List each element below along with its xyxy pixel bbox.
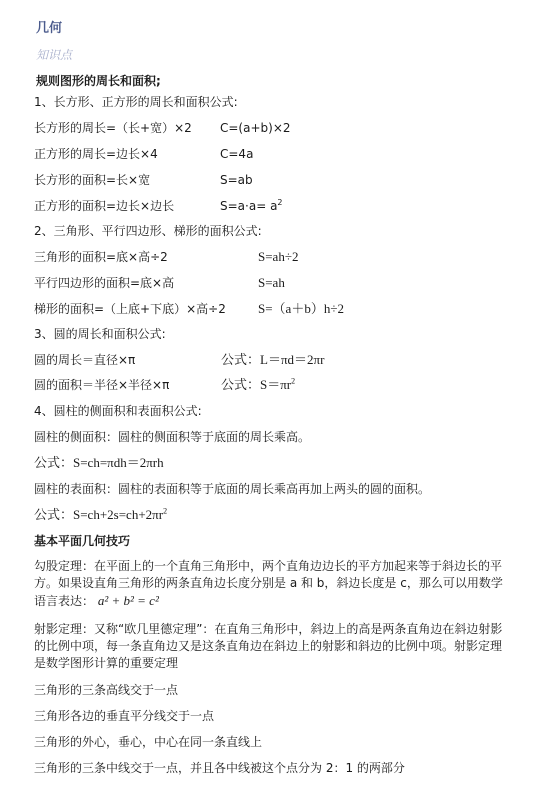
projection-paragraph: 射影定理：又称“欧几里德定理”：在直角三角形中，斜边上的高是两条直角边在斜边射影…	[34, 621, 504, 672]
formula: S=a·a= a2	[220, 198, 283, 214]
formula: 公式：S＝πr2	[221, 377, 295, 393]
doc-title: 几何	[36, 21, 62, 37]
formula-desc: 三角形的面积=底×高÷2	[34, 249, 168, 265]
formula-desc: 梯形的面积=（上底+下底）×高÷2	[34, 301, 226, 317]
fact-line: 三角形的三条中线交于一点，并且各中线被这个点分为 2：1 的两部分	[34, 760, 405, 776]
formula-desc: 正方形的周长=边长×4	[34, 146, 158, 162]
main-heading: 规则图形的周长和面积;	[36, 73, 161, 89]
pythagoras-formula: a² + b² = c²	[98, 593, 159, 608]
techniques-heading: 基本平面几何技巧	[34, 533, 130, 549]
text-line: 圆柱的侧面积：圆柱的侧面积等于底面的周长乘高。	[34, 429, 310, 445]
fact-line: 三角形的外心，垂心，中心在同一条直线上	[34, 734, 262, 750]
pythagoras-paragraph: 勾股定理：在平面上的一个直角三角形中，两个直角边边长的平方加起来等于斜边长的平方…	[34, 558, 504, 610]
formula: S=ah	[258, 275, 285, 291]
formula-desc: 正方形的面积=边长×边长	[34, 198, 174, 214]
section-3-heading: 3、圆的周长和面积公式:	[34, 326, 166, 342]
text-line: 圆柱的表面积：圆柱的表面积等于底面的周长乘高再加上两头的圆的面积。	[34, 481, 430, 497]
text-line: 公式：S=ch=πdh＝2πrh	[34, 455, 164, 471]
formula: 公式：L＝πd＝2πr	[221, 352, 324, 368]
formula-desc: 长方形的周长=（长+宽）×2	[34, 120, 192, 136]
formula-desc: 圆的周长＝直径×π	[34, 352, 135, 368]
formula: C=(a+b)×2	[220, 120, 291, 136]
formula: S=ah÷2	[258, 249, 298, 265]
fact-line: 三角形各边的垂直平分线交于一点	[34, 708, 214, 724]
section-2-heading: 2、三角形、平行四边形、梯形的面积公式:	[34, 223, 262, 239]
formula: C=4a	[220, 146, 253, 162]
formula-desc: 平行四边形的面积=底×高	[34, 275, 174, 291]
fact-line: 三角形的三条高线交于一点	[34, 682, 178, 698]
formula-desc: 圆的面积＝半径×半径×π	[34, 377, 169, 393]
formula-desc: 长方形的面积=长×宽	[34, 172, 150, 188]
section-4-heading: 4、圆柱的侧面积和表面积公式:	[34, 403, 202, 419]
section-1-heading: 1、长方形、正方形的周长和面积公式:	[34, 94, 238, 110]
doc-subtitle: 知识点	[36, 47, 72, 63]
formula: S=（a＋b）h÷2	[258, 301, 344, 317]
formula: S=ab	[220, 172, 253, 188]
text-line: 公式：S=ch+2s=ch+2πr2	[34, 507, 167, 523]
